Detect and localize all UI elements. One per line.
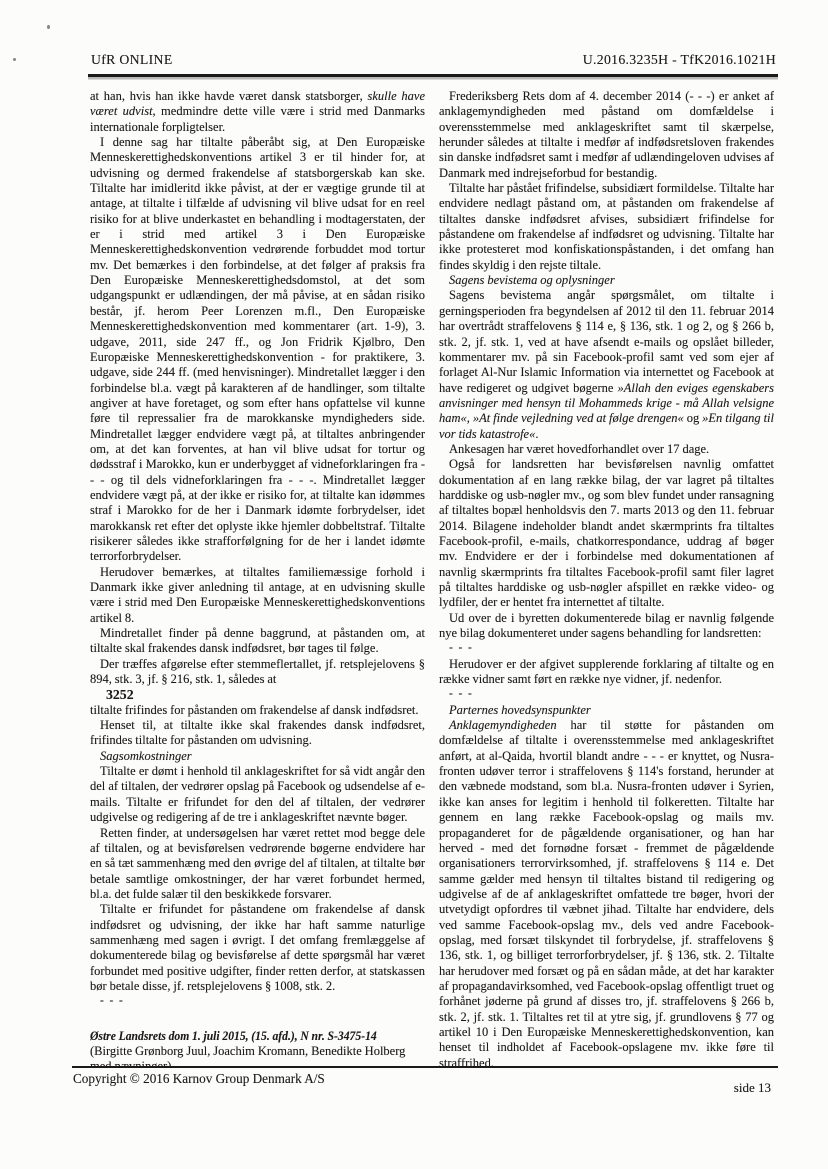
omission-marks: - - - — [439, 641, 774, 656]
document-page: UfR ONLINE U.2016.3235H - TfK2016.1021H … — [0, 0, 828, 1169]
paragraph-evidence-exhibits: Også for landsretten har bevisførelsen n… — [439, 457, 774, 610]
heading-evidence: Sagens bevistema og oplysninger — [439, 273, 774, 288]
heading-parties-views: Parternes hovedsynspunkter — [439, 703, 774, 718]
text-run: . — [535, 427, 538, 441]
text-run: Sagens bevistema angår spørgsmålet, om t… — [439, 288, 774, 394]
party-name: Anklagemyndigheden — [449, 718, 557, 732]
text-run: at han, hvis han ikke havde været dansk … — [90, 89, 367, 103]
page-number: side 13 — [734, 1080, 771, 1096]
text-columns: at han, hvis han ikke havde været dansk … — [90, 89, 774, 1066]
judges-line: (Birgitte Grønborg Juul, Joachim Kromann… — [90, 1044, 425, 1066]
footer-rule — [72, 1066, 778, 1068]
scan-artifact — [13, 58, 16, 61]
book-title: »At finde vejledning ved at følge drenge… — [473, 411, 684, 425]
ufr-page-number: 3252 — [90, 687, 425, 702]
left-column: at han, hvis han ikke havde været dansk … — [90, 89, 425, 1066]
copyright-notice: Copyright © 2016 Karnov Group Denmark A/… — [73, 1071, 325, 1087]
page-header: UfR ONLINE U.2016.3235H - TfK2016.1021H — [91, 52, 776, 68]
paragraph-decision-by-majority: Der træffes afgørelse efter stemmeflerta… — [90, 657, 425, 688]
header-rule — [88, 74, 778, 77]
text-run: har til støtte for påstanden om domfælde… — [439, 718, 774, 1066]
paragraph-acquittal-citizenship: tiltalte frifindes for påstanden om frak… — [90, 703, 425, 718]
paragraph-defendant-claims: Tiltalte har påstået frifindelse, subsid… — [439, 181, 774, 273]
paragraph-acquittal-expulsion: Henset til, at tiltalte ikke skal fraken… — [90, 718, 425, 749]
heading-costs: Sagsomkostninger — [90, 749, 425, 764]
paragraph-minority-reasoning: I denne sag har tiltalte påberåbt sig, a… — [90, 135, 425, 565]
case-reference: U.2016.3235H - TfK2016.1021H — [583, 52, 776, 68]
paragraph-prosecution-argument: Anklagemyndigheden har til støtte for på… — [439, 718, 774, 1066]
paragraph-continuation: at han, hvis han ikke havde været dansk … — [90, 89, 425, 135]
paragraph-costs-3: Tiltalte er frifundet for påstandene om … — [90, 902, 425, 994]
paragraph-new-exhibits: Ud over de i byretten dokumenterede bila… — [439, 611, 774, 642]
journal-title: UfR ONLINE — [91, 52, 173, 68]
paragraph-costs-2: Retten finder, at undersøgelsen har være… — [90, 826, 425, 903]
paragraph-hearing-days: Ankesagen har været hovedforhandlet over… — [439, 442, 774, 457]
paragraph-costs-1: Tiltalte er dømt i henhold til anklagesk… — [90, 764, 425, 825]
paragraph-evidence-theme: Sagens bevistema angår spørgsmålet, om t… — [439, 288, 774, 441]
paragraph-appeal: Frederiksberg Rets dom af 4. december 20… — [439, 89, 774, 181]
text-run: og — [684, 411, 702, 425]
paragraph-minority-conclusion: Mindretallet finder på denne baggrund, a… — [90, 626, 425, 657]
right-column: Frederiksberg Rets dom af 4. december 20… — [439, 89, 774, 1066]
omission-marks: - - - — [90, 994, 425, 1009]
paragraph-family-circumstances: Herudover bemærkes, at tiltaltes familie… — [90, 565, 425, 626]
omission-marks: - - - — [439, 687, 774, 702]
scan-artifact — [47, 25, 50, 29]
paragraph-witnesses: Herudover er der afgivet supplerende for… — [439, 657, 774, 688]
judgment-title: Østre Landsrets dom 1. juli 2015, (15. a… — [90, 1029, 405, 1044]
